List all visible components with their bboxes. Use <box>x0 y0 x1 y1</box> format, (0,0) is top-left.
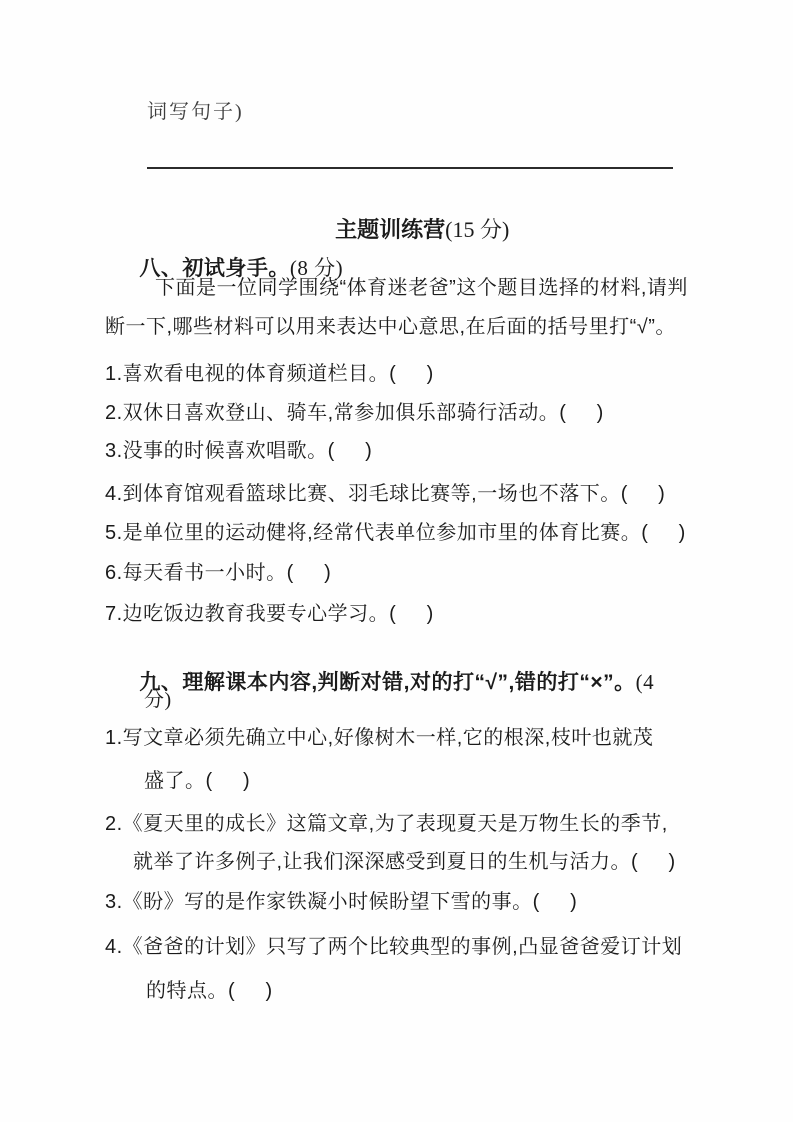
q9-item-3-line1: 3.《盼》写的是作家铁凝小时候盼望下雪的事。( ) <box>105 889 577 915</box>
q9-item-4-line2: 的特点。( ) <box>146 978 273 1004</box>
q8-item-2: 2.双休日喜欢登山、骑车,常参加俱乐部骑行活动。( ) <box>105 400 604 426</box>
section-nine-heading: 九、理解课本内容,判断对错,对的打“√”,错的打“×”。(4 <box>114 643 654 722</box>
answer-rule-line <box>147 167 673 169</box>
q9-item-2-line1: 2.《夏天里的成长》这篇文章,为了表现夏天是万物生长的季节, <box>105 811 668 837</box>
q9-item-2-line2: 就举了许多例子,让我们深深感受到夏日的生机与活力。( ) <box>133 849 676 875</box>
q8-item-3: 3.没事的时候喜欢唱歌。( ) <box>105 438 372 464</box>
section-nine-heading-text: 九、理解课本内容,判断对错,对的打“√”,错的打“×”。 <box>139 671 635 694</box>
previous-question-fragment: 词写句子) <box>147 99 244 125</box>
q9-item-4-line1: 4.《爸爸的计划》只写了两个比较典型的事例,凸显爸爸爱订计划 <box>105 934 682 960</box>
q8-item-6: 6.每天看书一小时。( ) <box>105 560 331 586</box>
q8-item-7: 7.边吃饭边教育我要专心学习。( ) <box>105 601 434 627</box>
q8-item-5: 5.是单位里的运动健将,经常代表单位参加市里的体育比赛。( ) <box>105 520 686 546</box>
q8-item-1: 1.喜欢看电视的体育频道栏目。( ) <box>105 361 434 387</box>
q9-item-1-line1: 1.写文章必须先确立中心,好像树木一样,它的根深,枝叶也就茂 <box>105 725 653 751</box>
banner-points: (15 分) <box>445 217 509 242</box>
section-nine-points-close: 分) <box>144 687 172 713</box>
banner-title: 主题训练营 <box>335 217 445 242</box>
section-nine-points-open: (4 <box>636 670 655 694</box>
q8-item-4: 4.到体育馆观看篮球比赛、羽毛球比赛等,一场也不落下。( ) <box>105 481 665 507</box>
test-paper-page: 词写句子) 主题训练营(15 分) 八、初试身手。(8 分) 下面是一位同学围绕… <box>0 0 793 1122</box>
q9-item-1-line2: 盛了。( ) <box>144 768 250 794</box>
section-eight-intro-line1: 下面是一位同学围绕“体育迷老爸”这个题目选择的材料,请判 <box>155 275 688 301</box>
section-eight-intro-line2: 断一下,哪些材料可以用来表达中心意思,在后面的括号里打“√”。 <box>105 314 676 340</box>
